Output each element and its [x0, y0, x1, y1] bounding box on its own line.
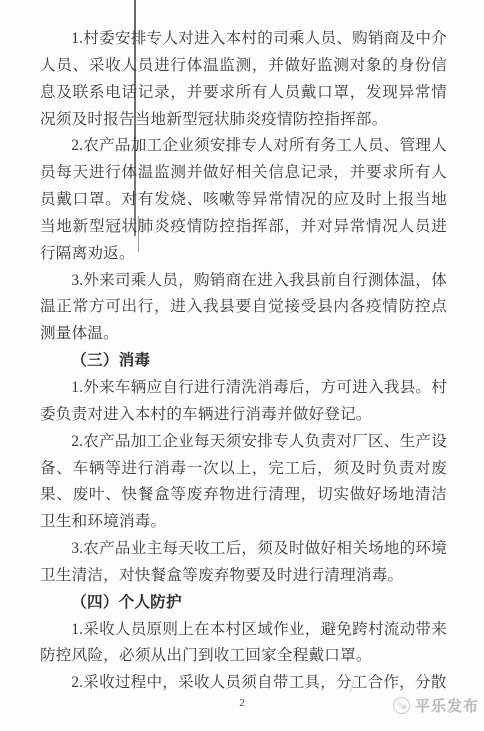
section-heading: （三）消毒: [40, 348, 447, 375]
paragraph: 1.外来车辆应自行进行清洗消毒后，方可进入我县。村委负责对进入本村的车辆进行消毒…: [40, 375, 447, 429]
scanned-document-page: 1.村委安排专人对进入本村的司乘人员、购销商及中介人员、采收人员进行体温监测，并…: [0, 0, 484, 731]
publisher-name: 平乐发布: [415, 695, 479, 716]
paragraph: 2.采收过程中，采收人员须自带工具，分工合作，分散: [40, 670, 447, 697]
section-heading: （四）个人防护: [40, 590, 447, 617]
document-body: 1.村委安排专人对进入本村的司乘人员、购销商及中介人员、采收人员进行体温监测，并…: [40, 26, 447, 697]
paragraph: 1.采收人员原则上在本村区域作业，避免跨村流动带来防控风险，必须从出门到收工回家…: [40, 617, 447, 671]
paragraph: 2.农产品加工企业每天须安排专人负责对厂区、生产设备、车辆等进行消毒一次以上，完…: [40, 429, 447, 536]
paragraph: 1.村委安排专人对进入本村的司乘人员、购销商及中介人员、采收人员进行体温监测，并…: [40, 26, 447, 133]
paragraph: 3.外来司乘人员，购销商在进入我县前自行测体温，体温正常方可出行，进入我县要自觉…: [40, 268, 447, 349]
paragraph: 2.农产品加工企业须安排专人对所有务工人员、管理人员每天进行体温监测并做好相关信…: [40, 133, 447, 267]
publisher-watermark: 平乐发布: [393, 695, 479, 716]
publisher-logo-icon: [393, 697, 410, 714]
paragraph: 3.农产品业主每天收工后，须及时做好相关场地的环境卫生清洁，对快餐盒等废弃物要及…: [40, 536, 447, 590]
